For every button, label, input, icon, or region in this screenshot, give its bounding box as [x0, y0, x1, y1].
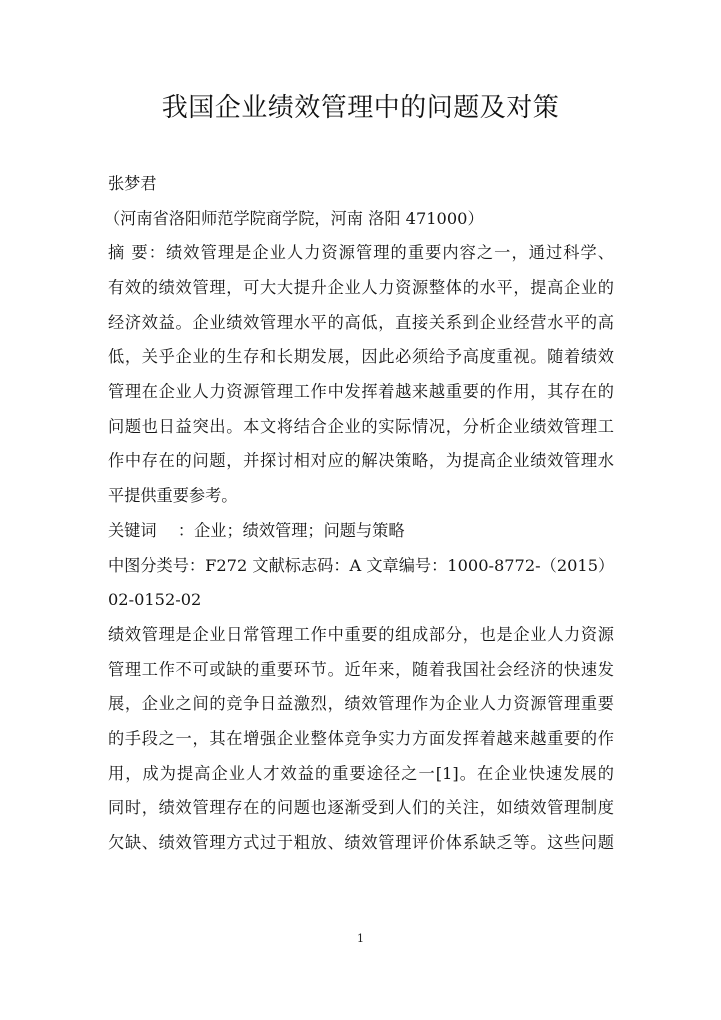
- abstract-line: 有效的绩效管理，可大大提升企业人力资源整体的水平，提高企业的: [108, 277, 614, 299]
- abstract-line: 平提供重要参考。: [108, 485, 614, 507]
- abstract-line: 问题也日益突出。本文将结合企业的实际情况，分析企业绩效管理工: [108, 416, 614, 438]
- body-line: 用，成为提高企业人才效益的重要途径之一[1]。在企业快速发展的: [108, 763, 614, 785]
- document-title: 我国企业绩效管理中的问题及对策: [0, 90, 721, 126]
- keywords: 关键词 ：企业；绩效管理；问题与策略: [108, 520, 614, 542]
- body-line: 绩效管理是企业日常管理工作中重要的组成部分，也是企业人力资源: [108, 624, 614, 646]
- body-line: 管理工作不可或缺的重要环节。近年来，随着我国社会经济的快速发: [108, 659, 614, 681]
- body-line: 同时，绩效管理存在的问题也逐渐受到人们的关注，如绩效管理制度: [108, 797, 614, 819]
- body-line: 欠缺、绩效管理方式过于粗放、绩效管理评价体系缺乏等。这些问题: [108, 832, 614, 854]
- classification-line: 02-0152-02: [108, 589, 614, 611]
- author-name: 张梦君: [108, 173, 614, 195]
- abstract-line: 管理在企业人力资源管理工作中发挥着越来越重要的作用，其存在的: [108, 381, 614, 403]
- body-line: 展，企业之间的竞争日益激烈，绩效管理作为企业人力资源管理重要: [108, 693, 614, 715]
- abstract-line: 作中存在的问题，并探讨相对应的解决策略，为提高企业绩效管理水: [108, 450, 614, 472]
- page-number: 1: [0, 932, 721, 945]
- body-line: 的手段之一，其在增强企业整体竞争实力方面发挥着越来越重要的作: [108, 728, 614, 750]
- abstract-line: 摘 要：绩效管理是企业人力资源管理的重要内容之一，通过科学、: [108, 242, 614, 264]
- classification-line: 中图分类号：F272 文献标志码：A 文章编号：1000-8772-（2015）: [108, 555, 614, 577]
- abstract-line: 低，关乎企业的生存和长期发展，因此必须给予高度重视。随着绩效: [108, 346, 614, 368]
- abstract-line: 经济效益。企业绩效管理水平的高低，直接关系到企业经营水平的高: [108, 312, 614, 334]
- author-affiliation: （河南省洛阳师范学院商学院，河南 洛阳 471000）: [104, 208, 610, 230]
- document-page: 我国企业绩效管理中的问题及对策 张梦君 （河南省洛阳师范学院商学院，河南 洛阳 …: [0, 0, 721, 1020]
